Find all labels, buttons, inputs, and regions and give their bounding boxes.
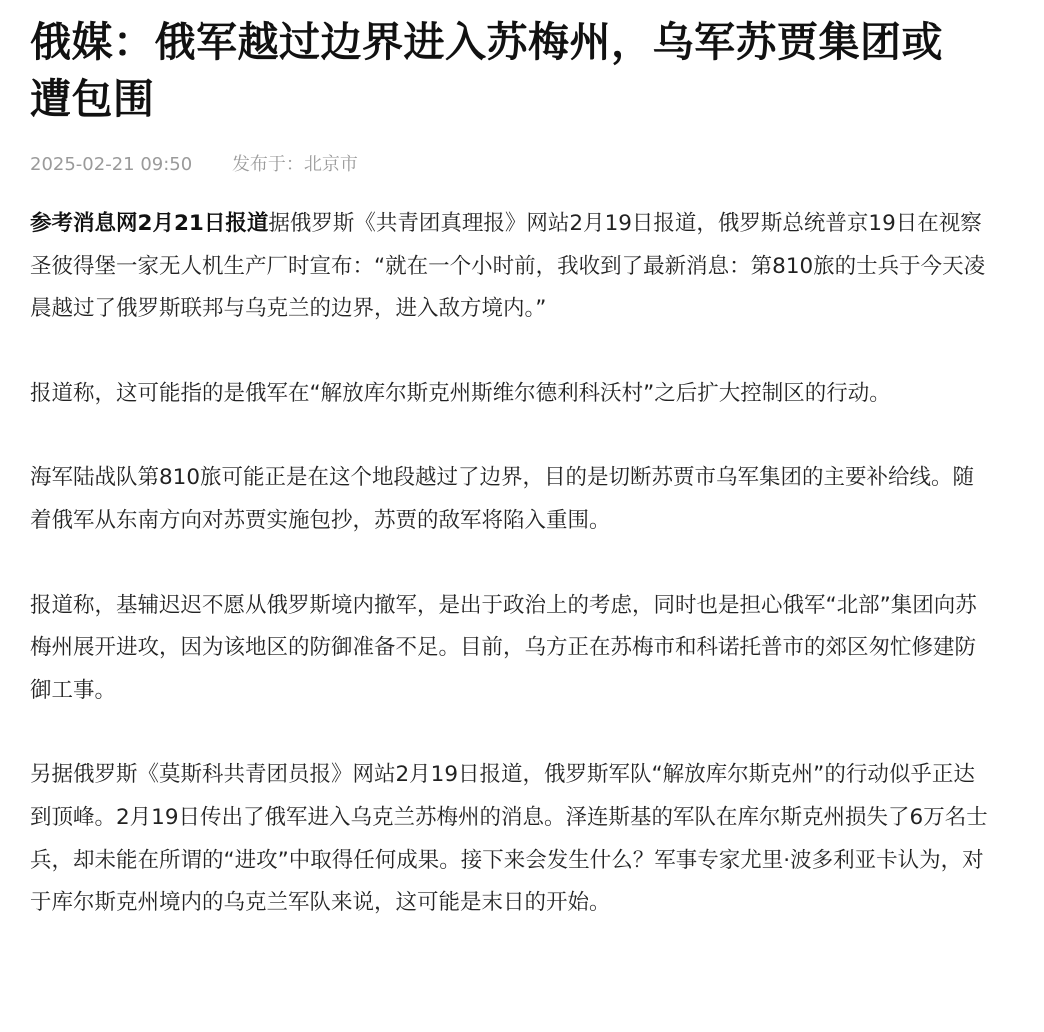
- publish-time: 2025-02-21 09:50: [30, 154, 192, 175]
- paragraph-1: 参考消息网2月21日报道据俄罗斯《共青团真理报》网站2月19日报道，俄罗斯总统普…: [30, 203, 990, 331]
- article-body: 参考消息网2月21日报道据俄罗斯《共青团真理报》网站2月19日报道，俄罗斯总统普…: [30, 203, 990, 925]
- paragraph-lead: 参考消息网2月21日报道: [30, 211, 268, 236]
- paragraph-4: 报道称，基辅迟迟不愿从俄罗斯境内撤军，是出于政治上的考虑，同时也是担心俄军“北部…: [30, 585, 990, 713]
- paragraph-5: 另据俄罗斯《莫斯科共青团员报》网站2月19日报道，俄罗斯军队“解放库尔斯克州”的…: [30, 754, 990, 924]
- paragraph-2: 报道称，这可能指的是俄军在“解放库尔斯克州斯维尔德利科沃村”之后扩大控制区的行动…: [30, 373, 990, 416]
- paragraph-3: 海军陆战队第810旅可能正是在这个地段越过了边界，目的是切断苏贾市乌军集团的主要…: [30, 457, 990, 542]
- paragraph-text: 报道称，这可能指的是俄军在“解放库尔斯克州斯维尔德利科沃村”之后扩大控制区的行动…: [30, 381, 891, 406]
- article-meta: 2025-02-21 09:50 发布于：北京市: [30, 150, 990, 180]
- paragraph-text: 海军陆战队第810旅可能正是在这个地段越过了边界，目的是切断苏贾市乌军集团的主要…: [30, 465, 974, 533]
- article: 俄媒：俄军越过边界进入苏梅州，乌军苏贾集团或遭包围 2025-02-21 09:…: [0, 0, 990, 925]
- paragraph-text: 另据俄罗斯《莫斯科共青团员报》网站2月19日报道，俄罗斯军队“解放库尔斯克州”的…: [30, 762, 988, 915]
- publish-location: 发布于：北京市: [232, 154, 358, 175]
- paragraph-text: 报道称，基辅迟迟不愿从俄罗斯境内撤军，是出于政治上的考虑，同时也是担心俄军“北部…: [30, 593, 977, 703]
- article-title: 俄媒：俄军越过边界进入苏梅州，乌军苏贾集团或遭包围: [30, 0, 970, 128]
